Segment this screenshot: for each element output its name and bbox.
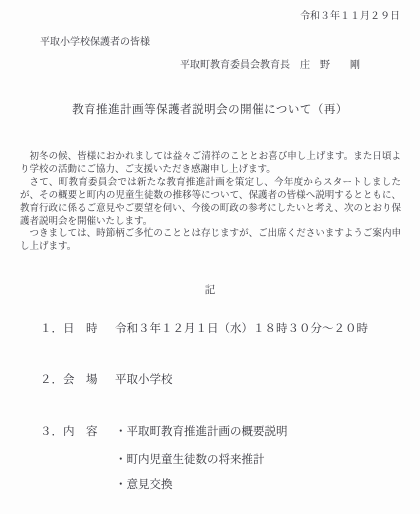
sender-line: 平取町教育委員会教育長 庄 野 剛 bbox=[180, 56, 360, 71]
item-datetime-value: 令和３年１２月１日（水）１８時３０分～２０時 bbox=[115, 320, 368, 336]
issue-date: 令和３年１１月２９日 bbox=[300, 7, 400, 22]
paragraph-greeting: 初冬の候、皆様におかれましては益々ご清祥のこととお喜び申し上げます。また日頃より… bbox=[20, 151, 401, 177]
item-contents-bullet-2: ・町内児童生徒数の将来推計 bbox=[115, 451, 265, 467]
item-contents-label: ３．内 容 bbox=[40, 423, 115, 439]
document-title: 教育推進計画等保護者説明会の開催について（再） bbox=[0, 101, 420, 117]
paragraph-invitation: つきましては、時節柄ご多忙のこととは存じますが、ご出席くださいますようご案内申し… bbox=[20, 228, 401, 254]
item-contents-bullet-1: ・平取町教育推進計画の概要説明 bbox=[115, 423, 288, 439]
item-contents: ３．内 容 ・平取町教育推進計画の概要説明 bbox=[40, 423, 288, 439]
record-marker: 記 bbox=[0, 282, 420, 297]
paragraph-purpose: さて、町教育委員会では新たな教育推進計画を策定し、今年度からスタートしましたが、… bbox=[20, 177, 401, 229]
notice-document-page: 令和３年１１月２９日 平取小学校保護者の皆様 平取町教育委員会教育長 庄 野 剛… bbox=[0, 0, 420, 514]
recipient-line: 平取小学校保護者の皆様 bbox=[40, 33, 150, 48]
item-venue-label: ２．会 場 bbox=[40, 371, 115, 387]
item-venue: ２．会 場 平取小学校 bbox=[40, 371, 173, 387]
item-datetime-label: １．日 時 bbox=[40, 320, 115, 336]
item-datetime: １．日 時 令和３年１２月１日（水）１８時３０分～２０時 bbox=[40, 320, 368, 336]
item-venue-value: 平取小学校 bbox=[115, 371, 173, 387]
body-text: 初冬の候、皆様におかれましては益々ご清祥のこととお喜び申し上げます。また日頃より… bbox=[20, 151, 401, 254]
item-contents-bullet-3: ・意見交換 bbox=[115, 476, 173, 492]
